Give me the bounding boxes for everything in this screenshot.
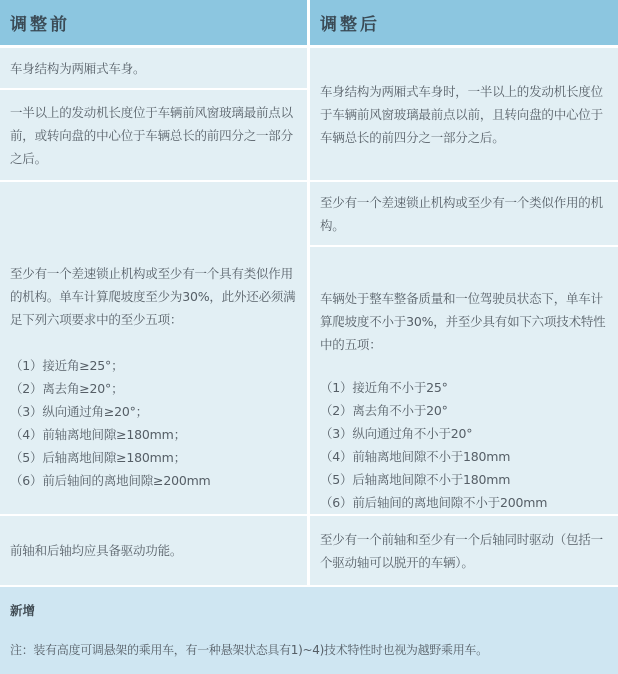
after-cell-differential: 至少有一个差速锁止机构或至少有一个类似作用的机构。 xyxy=(310,182,618,245)
before-list-item: （5）后轴离地间隙≥180mm； xyxy=(10,446,297,469)
after-climbing-intro: 车辆处于整车整备质量和一位驾驶员状态下，单车计算爬坡度不小于30%，并至少具有如… xyxy=(320,287,608,356)
after-list-item: （5）后轴离地间隙不小于180mm xyxy=(320,468,608,491)
before-body-type-text: 车身结构为两厢式车身。 xyxy=(10,57,297,80)
before-differential-intro: 至少有一个差速锁止机构或至少有一个具有类似作用的机构。单车计算爬坡度至少为30%… xyxy=(10,262,297,331)
before-list-item: （6）前后轴间的离地间隙≥200mm xyxy=(10,469,297,492)
before-list-item: （1）接近角≥25°； xyxy=(10,354,297,377)
after-cell-body-type: 车身结构为两厢式车身时，一半以上的发动机长度位于车辆前风窗玻璃最前点以前，且转向… xyxy=(310,48,618,180)
after-differential-text: 至少有一个差速锁止机构或至少有一个类似作用的机构。 xyxy=(320,191,608,237)
before-drive-text: 前轴和后轴均应具备驱动功能。 xyxy=(10,539,297,562)
after-list-item: （4）前轴离地间隙不小于180mm xyxy=(320,445,608,468)
after-cell-climbing: 车辆处于整车整备质量和一位驾驶员状态下，单车计算爬坡度不小于30%，并至少具有如… xyxy=(310,247,618,514)
footer-title: 新增 xyxy=(10,601,35,619)
before-cell-differential: 至少有一个差速锁止机构或至少有一个具有类似作用的机构。单车计算爬坡度至少为30%… xyxy=(0,182,307,514)
before-list-item: （3）纵向通过角≥20°； xyxy=(10,400,297,423)
before-list-item: （4）前轴离地间隙≥180mm； xyxy=(10,423,297,446)
footer-note: 注：装有高度可调悬架的乘用车，有一种悬架状态具有1)~4)技术特性时也视为越野乘… xyxy=(10,641,488,658)
after-drive-text: 至少有一个前轴和至少有一个后轴同时驱动（包括一个驱动轴可以脱开的车辆）。 xyxy=(320,528,608,574)
after-body-type-text: 车身结构为两厢式车身时，一半以上的发动机长度位于车辆前风窗玻璃最前点以前，且转向… xyxy=(320,80,608,149)
after-list-item: （3）纵向通过角不小于20° xyxy=(320,422,608,445)
before-list-item: （2）离去角≥20°； xyxy=(10,377,297,400)
after-list-item: （2）离去角不小于20° xyxy=(320,399,608,422)
after-list-item: （1）接近角不小于25° xyxy=(320,376,608,399)
after-list-item: （6）前后轴间的离地间隙不小于200mm xyxy=(320,491,608,514)
header-after-label: 调整后 xyxy=(320,10,380,35)
footer-section: 新增 注：装有高度可调悬架的乘用车，有一种悬架状态具有1)~4)技术特性时也视为… xyxy=(0,587,618,674)
before-cell-body-type: 车身结构为两厢式车身。 xyxy=(0,48,307,88)
comparison-table: 调整前 调整后 车身结构为两厢式车身。 一半以上的发动机长度位于车辆前风窗玻璃最… xyxy=(0,0,618,674)
before-cell-drive: 前轴和后轴均应具备驱动功能。 xyxy=(0,516,307,585)
header-before-label: 调整前 xyxy=(10,10,70,35)
header-after: 调整后 xyxy=(310,0,618,45)
before-cell-engine-position: 一半以上的发动机长度位于车辆前风窗玻璃最前点以前，或转向盘的中心位于车辆总长的前… xyxy=(0,90,307,180)
after-cell-drive: 至少有一个前轴和至少有一个后轴同时驱动（包括一个驱动轴可以脱开的车辆）。 xyxy=(310,516,618,585)
before-engine-position-text: 一半以上的发动机长度位于车辆前风窗玻璃最前点以前，或转向盘的中心位于车辆总长的前… xyxy=(10,101,297,170)
header-before: 调整前 xyxy=(0,0,307,45)
